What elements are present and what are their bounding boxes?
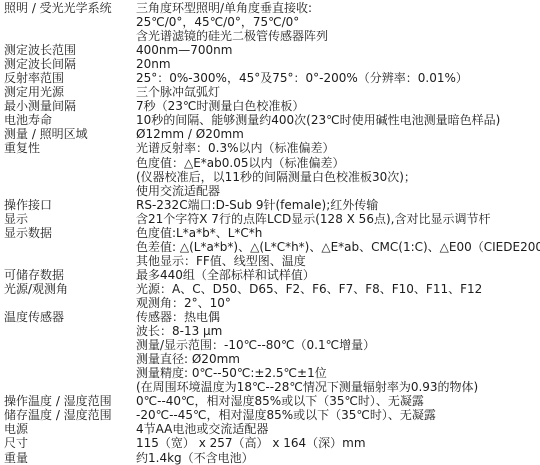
- spec-values: 20nm: [136, 57, 540, 71]
- spec-values: 光谱反射率：0.3%以内（标准偏差）色度值：△E*ab0.05以内（标准偏差）(…: [136, 141, 540, 197]
- spec-values: 三个脉冲氙弧灯: [136, 85, 540, 99]
- spec-values: RS-232C端口:D-Sub 9针(female);红外传输: [136, 198, 540, 212]
- spec-values: 25°：0%-300%，45°及75°：0°-200%（分辨率：0.01%）: [136, 71, 540, 85]
- spec-label: 操作接口: [4, 198, 136, 212]
- spec-values: 7秒（23℃时测量白色校准板）: [136, 99, 540, 113]
- spec-label: 照明 / 受光光学系统: [4, 1, 136, 15]
- spec-value-line: Ø12mm / Ø20mm: [136, 127, 540, 141]
- spec-row: 光源/观测角 光源：A、C、D50、D65、F2、F6、F7、F8、F10、F1…: [4, 282, 540, 310]
- spec-label: 温度传感器: [4, 310, 136, 324]
- spec-label: 反射率范围: [4, 71, 136, 85]
- spec-value-line: 测量直径: Ø20mm: [136, 352, 540, 366]
- spec-value-line: 色度值:L*a*b*、L*C*h: [136, 226, 540, 240]
- spec-label: 重量: [4, 451, 136, 465]
- spec-value-line: 其他显示：FF值、线型图、温度: [136, 254, 540, 268]
- spec-row: 尺寸 115（宽） x 257（高） x 164（深）mm: [4, 436, 540, 450]
- spec-value-line: 115（宽） x 257（高） x 164（深）mm: [136, 436, 540, 450]
- spec-values: 传感器：热电偶波长：8-13 μm测量/显示范围：-10℃--80℃（0.1℃增…: [136, 310, 540, 394]
- spec-label: 可储存数据: [4, 268, 136, 282]
- spec-value-line: 光源：A、C、D50、D65、F2、F6、F7、F8、F10、F11、F12: [136, 282, 540, 296]
- spec-row: 可储存数据 最多440组（全部标样和试样值）: [4, 268, 540, 282]
- spec-value-line: 测量精度: 0℃--50℃:±2.5℃±1位: [136, 366, 540, 380]
- spec-value-line: 色度值：△E*ab0.05以内（标准偏差）: [136, 156, 540, 170]
- spec-value-line: 20nm: [136, 57, 540, 71]
- spec-value-line: 测量/显示范围：-10℃--80℃（0.1℃增量）: [136, 338, 540, 352]
- spec-label: 测量 / 照明区域: [4, 127, 136, 141]
- spec-values: 最多440组（全部标样和试样值）: [136, 268, 540, 282]
- spec-value-line: 约1.4kg（不含电池）: [136, 451, 540, 465]
- spec-values: 0℃--40℃，相对湿度85%或以下（35℃时）、无凝露: [136, 394, 540, 408]
- spec-values: 115（宽） x 257（高） x 164（深）mm: [136, 436, 540, 450]
- spec-label: 测定用光源: [4, 85, 136, 99]
- spec-value-line: 最多440组（全部标样和试样值）: [136, 268, 540, 282]
- spec-value-line: 25°：0%-300%，45°及75°：0°-200%（分辨率：0.01%）: [136, 71, 540, 85]
- spec-row: 操作接口 RS-232C端口:D-Sub 9针(female);红外传输: [4, 198, 540, 212]
- spec-row: 测定波长间隔 20nm: [4, 57, 540, 71]
- spec-label: 储存温度 / 湿度范围: [4, 408, 136, 422]
- spec-label: 重复性: [4, 141, 136, 155]
- spec-row: 测量 / 照明区域 Ø12mm / Ø20mm: [4, 127, 540, 141]
- spec-value-line: (仪器校准后，以11秒的间隔测量白色校准板30次)；: [136, 170, 540, 184]
- spec-label: 测定波长范围: [4, 43, 136, 57]
- spec-value-line: 含21个字符X 7行的点阵LCD显示(128 X 56点),含对比显示调节杆: [136, 212, 540, 226]
- spec-label: 尺寸: [4, 436, 136, 450]
- spec-row: 照明 / 受光光学系统 三角度环型照明/单角度垂直接收:25℃/0°，45℃/0…: [4, 1, 540, 43]
- spec-value-line: 光谱反射率：0.3%以内（标准偏差）: [136, 141, 540, 155]
- spec-row: 显示 含21个字符X 7行的点阵LCD显示(128 X 56点),含对比显示调节…: [4, 212, 540, 226]
- spec-value-line: 0℃--40℃，相对湿度85%或以下（35℃时）、无凝露: [136, 394, 540, 408]
- spec-value-line: 色差值: △(L*a*b*)、△(L*C*h*)、△E*ab、CMC(1:C)、…: [136, 240, 540, 254]
- spec-row: 测定用光源 三个脉冲氙弧灯: [4, 85, 540, 99]
- spec-value-line: 25℃/0°，45℃/0°，75℃/0°: [136, 15, 540, 29]
- spec-label: 电池寿命: [4, 113, 136, 127]
- spec-value-line: 4节AA电池或交流适配器: [136, 422, 540, 436]
- spec-row: 最小测量间隔 7秒（23℃时测量白色校准板）: [4, 99, 540, 113]
- spec-label: 操作温度 / 湿度范围: [4, 394, 136, 408]
- spec-row: 反射率范围 25°：0%-300%，45°及75°：0°-200%（分辨率：0.…: [4, 71, 540, 85]
- spec-values: -20℃--45℃，相对湿度85%或以下（35℃时）、无凝露: [136, 408, 540, 422]
- spec-row: 重复性 光谱反射率：0.3%以内（标准偏差）色度值：△E*ab0.05以内（标准…: [4, 141, 540, 197]
- spec-value-line: 10秒的间隔、能够测量约400次(23℃时使用碱性电池测量暗色样品): [136, 113, 540, 127]
- spec-row: 温度传感器 传感器：热电偶波长：8-13 μm测量/显示范围：-10℃--80℃…: [4, 310, 540, 394]
- spec-value-line: 400nm—700nm: [136, 43, 540, 57]
- spec-values: 10秒的间隔、能够测量约400次(23℃时使用碱性电池测量暗色样品): [136, 113, 540, 127]
- spec-value-line: (在周围环境温度为18℃--28℃情况下测量辐射率为0.93的物体): [136, 380, 540, 394]
- spec-values: 约1.4kg（不含电池）: [136, 451, 540, 465]
- spec-row: 操作温度 / 湿度范围 0℃--40℃，相对湿度85%或以下（35℃时）、无凝露: [4, 394, 540, 408]
- spec-values: Ø12mm / Ø20mm: [136, 127, 540, 141]
- spec-value-line: RS-232C端口:D-Sub 9针(female);红外传输: [136, 198, 540, 212]
- spec-value-line: 含光谱滤镜的硅光二极管传感器阵列: [136, 29, 540, 43]
- spec-values: 三角度环型照明/单角度垂直接收:25℃/0°，45℃/0°，75℃/0°含光谱滤…: [136, 1, 540, 43]
- spec-label: 显示: [4, 212, 136, 226]
- spec-row: 显示数据 色度值:L*a*b*、L*C*h色差值: △(L*a*b*)、△(L*…: [4, 226, 540, 268]
- spec-row: 储存温度 / 湿度范围 -20℃--45℃，相对湿度85%或以下（35℃时）、无…: [4, 408, 540, 422]
- spec-value-line: -20℃--45℃，相对湿度85%或以下（35℃时）、无凝露: [136, 408, 540, 422]
- spec-value-line: 三个脉冲氙弧灯: [136, 85, 540, 99]
- spec-value-line: 7秒（23℃时测量白色校准板）: [136, 99, 540, 113]
- spec-label: 显示数据: [4, 226, 136, 240]
- spec-label: 最小测量间隔: [4, 99, 136, 113]
- spec-values: 光源：A、C、D50、D65、F2、F6、F7、F8、F10、F11、F12观测…: [136, 282, 540, 310]
- spec-label: 光源/观测角: [4, 282, 136, 296]
- spec-value-line: 波长：8-13 μm: [136, 324, 540, 338]
- spec-values: 4节AA电池或交流适配器: [136, 422, 540, 436]
- spec-value-line: 使用交流适配器: [136, 184, 540, 198]
- spec-label: 电源: [4, 422, 136, 436]
- spec-value-line: 传感器：热电偶: [136, 310, 540, 324]
- spec-value-line: 观测角：2°、10°: [136, 296, 540, 310]
- spec-values: 色度值:L*a*b*、L*C*h色差值: △(L*a*b*)、△(L*C*h*)…: [136, 226, 540, 268]
- spec-row: 重量 约1.4kg（不含电池）: [4, 451, 540, 465]
- spec-table: 照明 / 受光光学系统 三角度环型照明/单角度垂直接收:25℃/0°，45℃/0…: [0, 0, 540, 465]
- spec-label: 测定波长间隔: [4, 57, 136, 71]
- spec-row: 电源 4节AA电池或交流适配器: [4, 422, 540, 436]
- spec-row: 测定波长范围 400nm—700nm: [4, 43, 540, 57]
- spec-row: 电池寿命 10秒的间隔、能够测量约400次(23℃时使用碱性电池测量暗色样品): [4, 113, 540, 127]
- spec-value-line: 三角度环型照明/单角度垂直接收:: [136, 1, 540, 15]
- spec-values: 400nm—700nm: [136, 43, 540, 57]
- spec-values: 含21个字符X 7行的点阵LCD显示(128 X 56点),含对比显示调节杆: [136, 212, 540, 226]
